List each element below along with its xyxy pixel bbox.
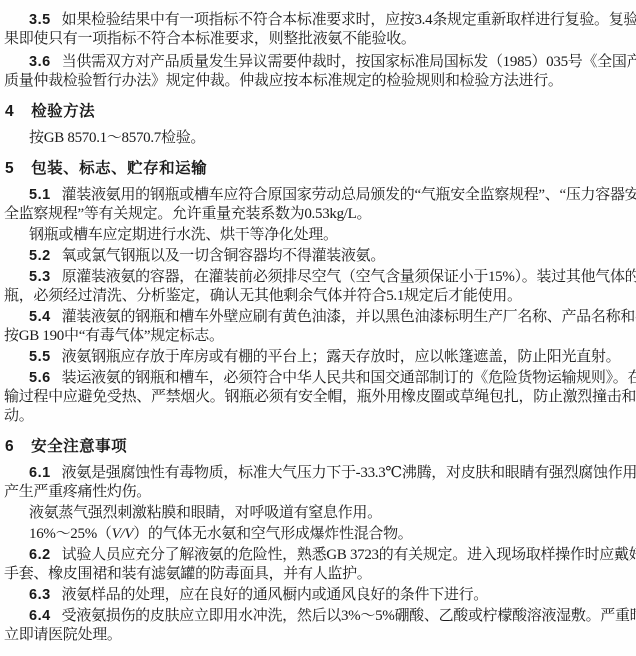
clause-number: 6.2: [29, 547, 51, 563]
cylinder-cleaning-note: 钢瓶或槽车应定期进行水洗、烘干等净化处理。: [4, 226, 634, 245]
clause-text: 灌装液氨用的钢瓶或槽车应符合原国家劳动总局颁发的“气瓶安全监察规程”、“压力容器…: [62, 187, 636, 203]
clause-5-1: 5.1灌装液氨用的钢瓶或槽车应符合原国家劳动总局颁发的“气瓶安全监察规程”、“压…: [4, 186, 634, 224]
clause-6-1: 6.1液氨是强腐蚀性有毒物质，标准大气压力下于-33.3℃沸腾，对皮肤和眼睛有强…: [4, 464, 634, 502]
vapor-irritation-note: 液氨蒸气强烈刺激粘膜和眼睛，对呼吸道有窒息作用。: [4, 504, 634, 523]
clause-line: 6.1液氨是强腐蚀性有毒物质，标准大气压力下于-33.3℃沸腾，对皮肤和眼睛有强…: [4, 464, 634, 483]
clause-line: 手套、橡皮围裙和装有滤氨罐的防毒面具，并有人监护。: [4, 565, 634, 584]
clause-text: 氧或氯气钢瓶以及一切含铜容器均不得灌装液氨。: [62, 248, 385, 264]
clause-line: 瓶，必须经过清洗、分析鉴定，确认无其他剩余气体并符合5.1规定后才能使用。: [4, 287, 634, 306]
section-heading-4: 4检验方法: [5, 102, 634, 122]
clause-number: 3.6: [29, 54, 51, 70]
clause-line: 输过程中应避免受热、严禁烟火。钢瓶必须有安全帽，瓶外用橡皮圈或草绳包扎，防止激烈…: [4, 388, 634, 407]
clause-line: 5.2氧或氯气钢瓶以及一切含铜容器均不得灌装液氨。: [4, 247, 634, 266]
note-text-suffix: ）的气体无水氨和空气形成爆炸性混合物。: [133, 526, 412, 542]
clause-3-5: 3.5如果检验结果中有一项指标不符合本标准要求时，应按3.4条规定重新取样进行复…: [4, 11, 634, 49]
note-line: 按GB 8570.1～8570.7检验。: [4, 129, 634, 148]
clause-line: 5.1灌装液氨用的钢瓶或槽车应符合原国家劳动总局颁发的“气瓶安全监察规程”、“压…: [4, 186, 634, 205]
section-number: 4: [5, 103, 14, 120]
clause-line: 质量仲裁检验暂行办法》规定仲裁。仲裁应按本标准规定的检验规则和检验方法进行。: [4, 72, 634, 91]
clause-text: 灌装液氨的钢瓶和槽车外壁应刷有黄色油漆，并以黑色油漆标明生产厂名称、产品名称和毛…: [62, 309, 636, 325]
note-line: 液氨蒸气强烈刺激粘膜和眼睛，对呼吸道有窒息作用。: [4, 504, 634, 523]
clause-6-3: 6.3液氨样品的处理，应在良好的通风橱内或通风良好的条件下进行。: [4, 586, 634, 605]
clause-line: 果即使只有一项指标不符合本标准要求，则整批液氨不能验收。: [4, 30, 634, 49]
note-line: 钢瓶或槽车应定期进行水洗、烘干等净化处理。: [4, 226, 634, 245]
clause-6-2: 6.2试验人员应充分了解液氨的危险性，熟悉GB 3723的有关规定。进入现场取样…: [4, 546, 634, 584]
clause-line: 6.4受液氨损伤的皮肤应立即用水冲洗，然后以3%～5%硼酸、乙酸或柠檬酸溶液湿敷…: [4, 607, 634, 626]
note-line: 16%～25%（V/V）的气体无水氨和空气形成爆炸性混合物。: [4, 525, 634, 544]
clause-5-4: 5.4灌装液氨的钢瓶和槽车外壁应刷有黄色油漆，并以黑色油漆标明生产厂名称、产品名…: [4, 308, 634, 346]
clause-number: 6.3: [29, 587, 51, 603]
clause-line: 全监察规程”等有关规定。允许重量充装系数为0.53kg/L。: [4, 205, 634, 224]
section-number: 5: [5, 160, 14, 177]
clause-number: 5.2: [29, 248, 51, 264]
clause-6-4: 6.4受液氨损伤的皮肤应立即用水冲洗，然后以3%～5%硼酸、乙酸或柠檬酸溶液湿敷…: [4, 607, 634, 645]
clause-line: 3.6当供需双方对产品质量发生异议需要仲裁时，按国家标准局国标发（1985）03…: [4, 53, 634, 72]
clause-text: 液氨是强腐蚀性有毒物质，标准大气压力下于-33.3℃沸腾，对皮肤和眼睛有强烈腐蚀…: [62, 465, 636, 481]
section-title: 检验方法: [31, 103, 95, 120]
clause-5-6: 5.6装运液氨的钢瓶和槽车，必须符合中华人民共和国交通部制订的《危险货物运输规则…: [4, 369, 634, 426]
clause-line: 立即请医院处理。: [4, 626, 634, 645]
clause-text: 原灌装液氨的容器，在灌装前必须排尽空气（空气含量须保证小于15%）。装过其他气体…: [62, 269, 636, 285]
section-title: 安全注意事项: [31, 438, 127, 455]
volume-ratio: V/V: [112, 526, 134, 542]
clause-number: 6.1: [29, 465, 51, 481]
clause-line: 6.2试验人员应充分了解液氨的危险性，熟悉GB 3723的有关规定。进入现场取样…: [4, 546, 634, 565]
clause-5-3: 5.3原灌装液氨的容器，在灌装前必须排尽空气（空气含量须保证小于15%）。装过其…: [4, 268, 634, 306]
clause-text: 受液氨损伤的皮肤应立即用水冲洗，然后以3%～5%硼酸、乙酸或柠檬酸溶液湿敷。严重…: [62, 608, 636, 624]
clause-line: 按GB 190中“有毒气体”规定标志。: [4, 327, 634, 346]
clause-number: 3.5: [29, 12, 51, 28]
clause-number: 6.4: [29, 608, 51, 624]
clause-line: 产生严重疼痛性灼伤。: [4, 483, 634, 502]
section-title: 包装、标志、贮存和运输: [31, 160, 207, 177]
clause-text: 液氨样品的处理，应在良好的通风橱内或通风良好的条件下进行。: [62, 587, 488, 603]
clause-line: 5.4灌装液氨的钢瓶和槽车外壁应刷有黄色油漆，并以黑色油漆标明生产厂名称、产品名…: [4, 308, 634, 327]
clause-line: 5.5液氨钢瓶应存放于库房或有棚的平台上；露天存放时，应以帐篷遮盖，防止阳光直射…: [4, 348, 634, 367]
clause-line: 5.3原灌装液氨的容器，在灌装前必须排尽空气（空气含量须保证小于15%）。装过其…: [4, 268, 634, 287]
clause-line: 5.6装运液氨的钢瓶和槽车，必须符合中华人民共和国交通部制订的《危险货物运输规则…: [4, 369, 634, 388]
test-method-note: 按GB 8570.1～8570.7检验。: [4, 129, 634, 148]
clause-number: 5.5: [29, 349, 51, 365]
clause-text: 液氨钢瓶应存放于库房或有棚的平台上；露天存放时，应以帐篷遮盖，防止阳光直射。: [62, 349, 621, 365]
section-heading-5: 5包装、标志、贮存和运输: [5, 159, 634, 179]
clause-5-2: 5.2氧或氯气钢瓶以及一切含铜容器均不得灌装液氨。: [4, 247, 634, 266]
section-heading-6: 6安全注意事项: [5, 437, 634, 457]
clause-text: 当供需双方对产品质量发生异议需要仲裁时，按国家标准局国标发（1985）035号《…: [62, 54, 636, 70]
clause-text: 试验人员应充分了解液氨的危险性，熟悉GB 3723的有关规定。进入现场取样操作时…: [62, 547, 636, 563]
clause-number: 5.4: [29, 309, 51, 325]
clause-number: 5.6: [29, 370, 51, 386]
clause-text: 装运液氨的钢瓶和槽车，必须符合中华人民共和国交通部制订的《危险货物运输规则》。在…: [62, 370, 636, 386]
clause-number: 5.3: [29, 269, 51, 285]
clause-number: 5.1: [29, 187, 51, 203]
document-page: 3.5如果检验结果中有一项指标不符合本标准要求时，应按3.4条规定重新取样进行复…: [0, 0, 636, 645]
clause-line: 动。: [4, 407, 634, 426]
clause-line: 3.5如果检验结果中有一项指标不符合本标准要求时，应按3.4条规定重新取样进行复…: [4, 11, 634, 30]
clause-5-5: 5.5液氨钢瓶应存放于库房或有棚的平台上；露天存放时，应以帐篷遮盖，防止阳光直射…: [4, 348, 634, 367]
note-text-prefix: 16%～25%（: [29, 526, 112, 542]
clause-line: 6.3液氨样品的处理，应在良好的通风橱内或通风良好的条件下进行。: [4, 586, 634, 605]
explosive-mixture-note: 16%～25%（V/V）的气体无水氨和空气形成爆炸性混合物。: [4, 525, 634, 544]
clause-3-6: 3.6当供需双方对产品质量发生异议需要仲裁时，按国家标准局国标发（1985）03…: [4, 53, 634, 91]
clause-text: 如果检验结果中有一项指标不符合本标准要求时，应按3.4条规定重新取样进行复验。复…: [62, 12, 636, 28]
section-number: 6: [5, 438, 14, 455]
